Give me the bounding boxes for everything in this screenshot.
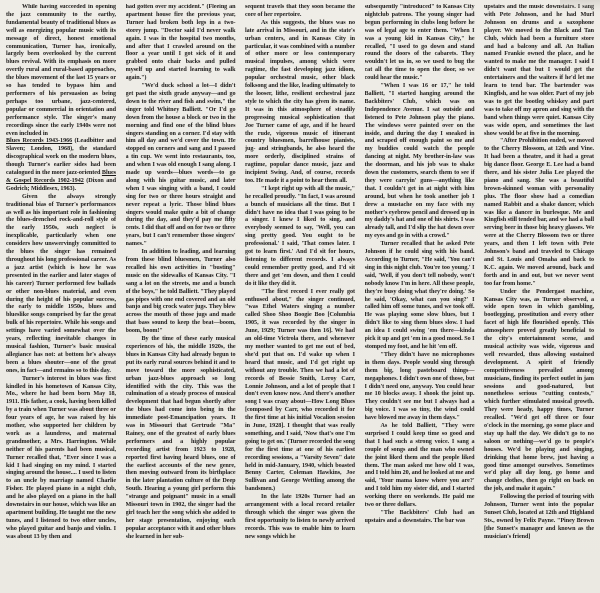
paragraph: "They didn't have no microphones in them…	[365, 352, 475, 423]
paragraph: Following the period of touring with Joh…	[484, 494, 594, 541]
paragraph: sequent travels that they soon became th…	[245, 4, 355, 20]
column-3: sequent travels that they soon became th…	[245, 4, 355, 593]
paragraph: In addition to leading, and learning fro…	[126, 249, 236, 336]
paragraph: "We'd duck school a lot—I didn't get pas…	[126, 83, 236, 249]
paragraph: Given the always strongly traditional bi…	[6, 194, 116, 376]
paragraph: Turner's interest in blues was first kin…	[6, 376, 116, 542]
paragraph: Turner recalled that he asked Pete Johns…	[365, 241, 475, 352]
column-5: upstairs and the music downstairs. I san…	[484, 4, 594, 593]
paragraph: "The Backbiters' Club had an upstairs an…	[365, 510, 475, 526]
column-1: While having succeeded in opening the ja…	[6, 4, 116, 593]
text-columns: While having succeeded in opening the ja…	[6, 4, 594, 593]
paragraph: upstairs and the music downstairs. I san…	[484, 4, 594, 138]
book-title: Blues Records 1943-1966	[6, 138, 72, 144]
paragraph: subsequently "introduced" to Kansas City…	[365, 4, 475, 83]
column-4: subsequently "introduced" to Kansas City…	[365, 4, 475, 593]
paragraph: Under the Pendergast machine, Kansas Cit…	[484, 289, 594, 495]
paragraph: In the late 1920s Turner had an arrangem…	[245, 494, 355, 541]
paragraph: "When I was 16 or 17," he told Balliett,…	[365, 83, 475, 241]
paragraph: By the time of these early musical exper…	[126, 336, 236, 542]
paragraph: As he told Balliett, "They were surprise…	[365, 423, 475, 510]
paragraph: While having succeeded in opening the ja…	[6, 4, 116, 138]
paragraph: "The first record I ever really got enth…	[245, 289, 355, 495]
paragraph: "I kept right up with all the music," he…	[245, 186, 355, 289]
paragraph: "After Prohibition ended, we moved to th…	[484, 138, 594, 288]
paragraph: Blues Records 1943-1966 (Leadbitter and …	[6, 138, 116, 193]
liner-notes-page: While having succeeded in opening the ja…	[0, 0, 600, 593]
paragraph: had gotten over my accident." (Fleeing a…	[126, 4, 236, 83]
paragraph: As this suggests, the blues was no late …	[245, 20, 355, 186]
column-2: had gotten over my accident." (Fleeing a…	[126, 4, 236, 593]
